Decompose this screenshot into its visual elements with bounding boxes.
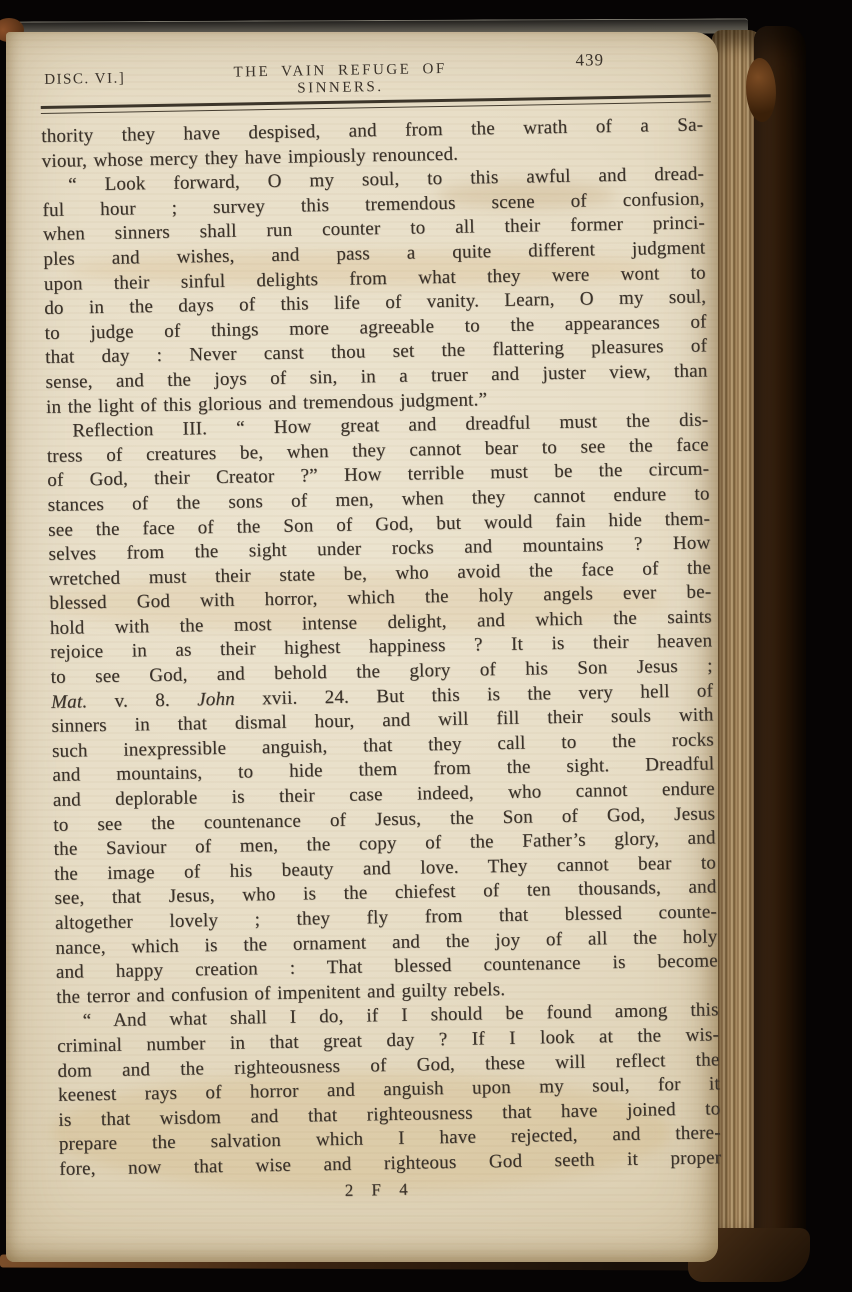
scanned-book-photo: DISC. VI.] THE VAIN REFUGE OF SINNERS. 4… — [0, 0, 852, 1292]
discourse-label: DISC. VI.] — [44, 71, 125, 89]
page-number: 439 — [575, 50, 604, 70]
italic-citation: Mat. — [51, 691, 88, 713]
running-title: THE VAIN REFUGE OF SINNERS. — [190, 60, 491, 99]
header-rule — [41, 94, 711, 114]
book-cover-right — [754, 26, 806, 1274]
text-run: v. 8. — [87, 689, 197, 712]
italic-citation: John — [197, 688, 235, 710]
printed-content: DISC. VI.] THE VAIN REFUGE OF SINNERS. 4… — [40, 52, 728, 1205]
body-text: thority they have despised, and from the… — [41, 113, 721, 1182]
